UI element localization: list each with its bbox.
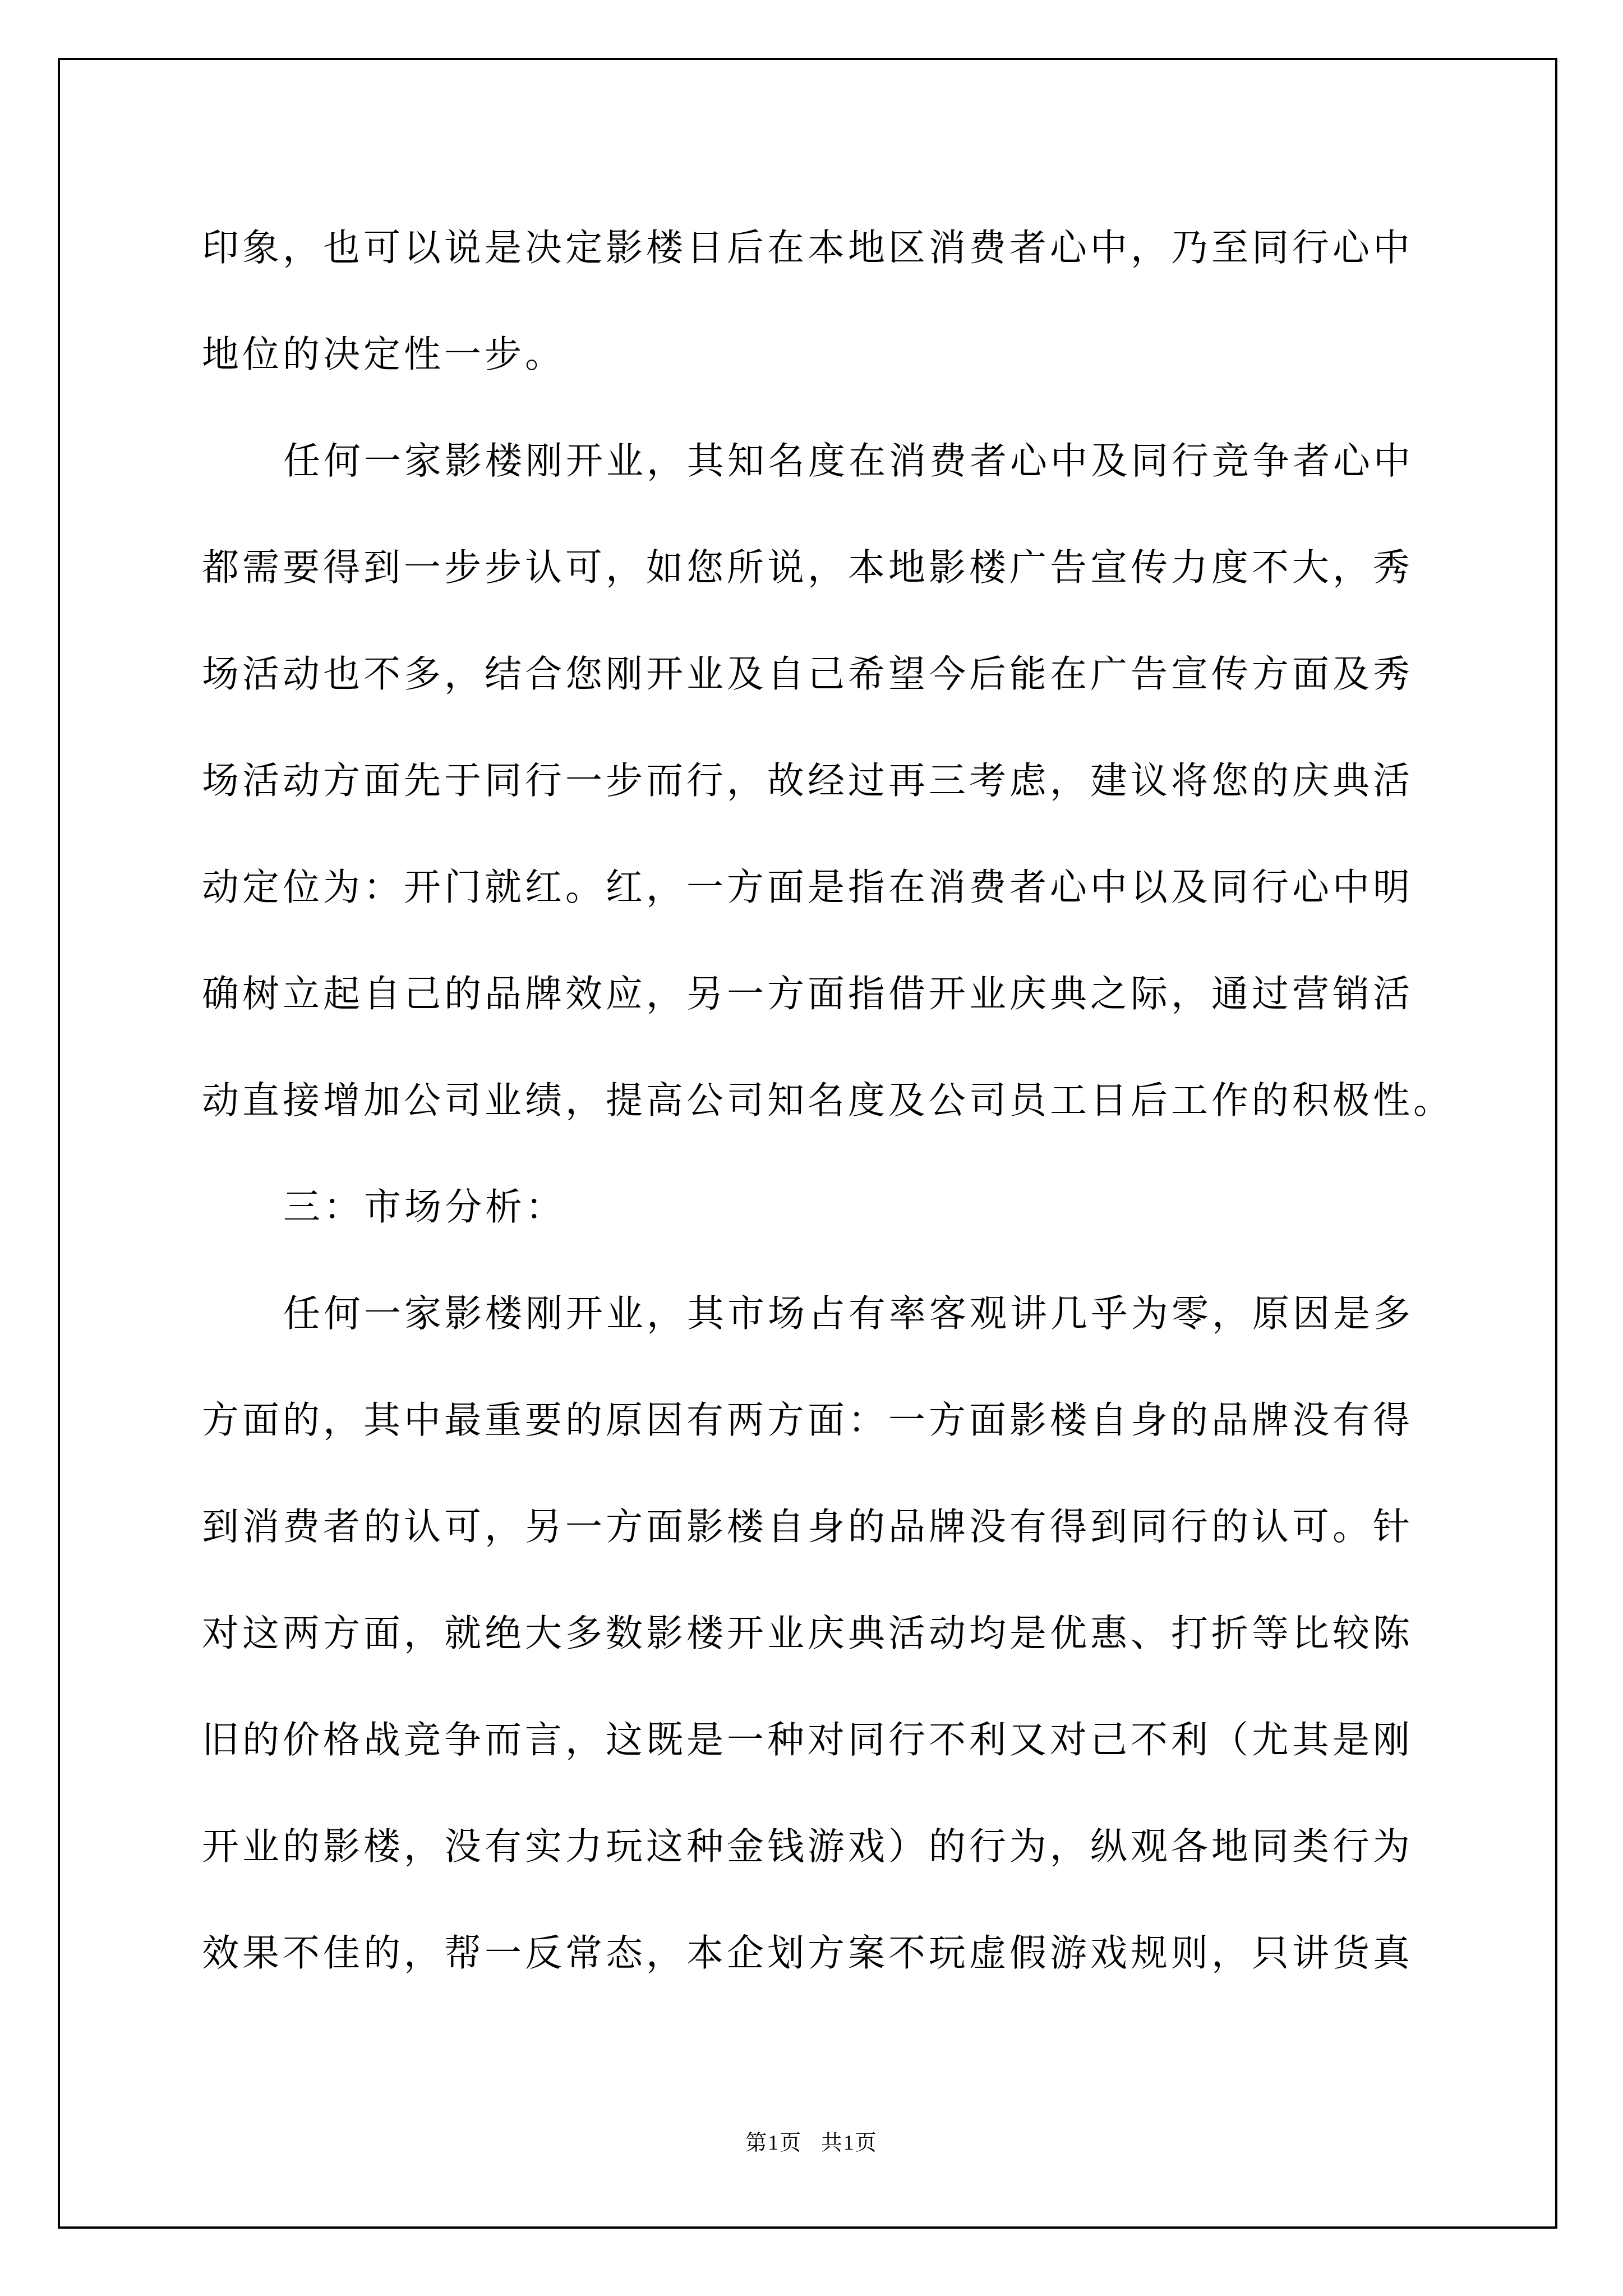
- text-line: 任何一家影楼刚开业，其市场占有率客观讲几乎为零，原因是多: [202, 1261, 1419, 1368]
- text-line: 方面的，其中最重要的原因有两方面：一方面影楼自身的品牌没有得: [202, 1368, 1419, 1474]
- text-line: 地位的决定性一步。: [202, 302, 1419, 408]
- document-page: { "page": { "footer": "第1页 共1页", "border…: [0, 0, 1623, 2296]
- text-line: 确树立起自己的品牌效应，另一方面指借开业庆典之际，通过营销活: [202, 941, 1419, 1048]
- text-line: 场活动方面先于同行一步而行，故经过再三考虑，建议将您的庆典活: [202, 728, 1419, 835]
- text-line: 开业的影楼，没有实力玩这种金钱游戏）的行为，纵观各地同类行为: [202, 1794, 1419, 1901]
- text-line: 效果不佳的，帮一反常态，本企划方案不玩虚假游戏规则，只讲货真: [202, 1901, 1419, 2007]
- text-line: 到消费者的认可，另一方面影楼自身的品牌没有得到同行的认可。针: [202, 1474, 1419, 1581]
- text-line: 动直接增加公司业绩，提高公司知名度及公司员工日后工作的积极性。: [202, 1048, 1419, 1154]
- text-line: 动定位为：开门就红。红，一方面是指在消费者心中以及同行心中明: [202, 835, 1419, 941]
- text-line: 场活动也不多，结合您刚开业及自己希望今后能在广告宣传方面及秀: [202, 622, 1419, 728]
- text-line: 印象，也可以说是决定影楼日后在本地区消费者心中，乃至同行心中: [202, 195, 1419, 302]
- text-line: 对这两方面，就绝大多数影楼开业庆典活动均是优惠、打折等比较陈: [202, 1581, 1419, 1687]
- page-footer: 第1页 共1页: [0, 2125, 1623, 2156]
- text-line: 三：市场分析：: [202, 1154, 1419, 1261]
- text-line: 旧的价格战竞争而言，这既是一种对同行不利又对己不利（尤其是刚: [202, 1687, 1419, 1794]
- text-line: 都需要得到一步步认可，如您所说，本地影楼广告宣传力度不大，秀: [202, 515, 1419, 622]
- document-body: 印象，也可以说是决定影楼日后在本地区消费者心中，乃至同行心中地位的决定性一步。任…: [202, 195, 1419, 2007]
- text-line: 任何一家影楼刚开业，其知名度在消费者心中及同行竞争者心中: [202, 408, 1419, 515]
